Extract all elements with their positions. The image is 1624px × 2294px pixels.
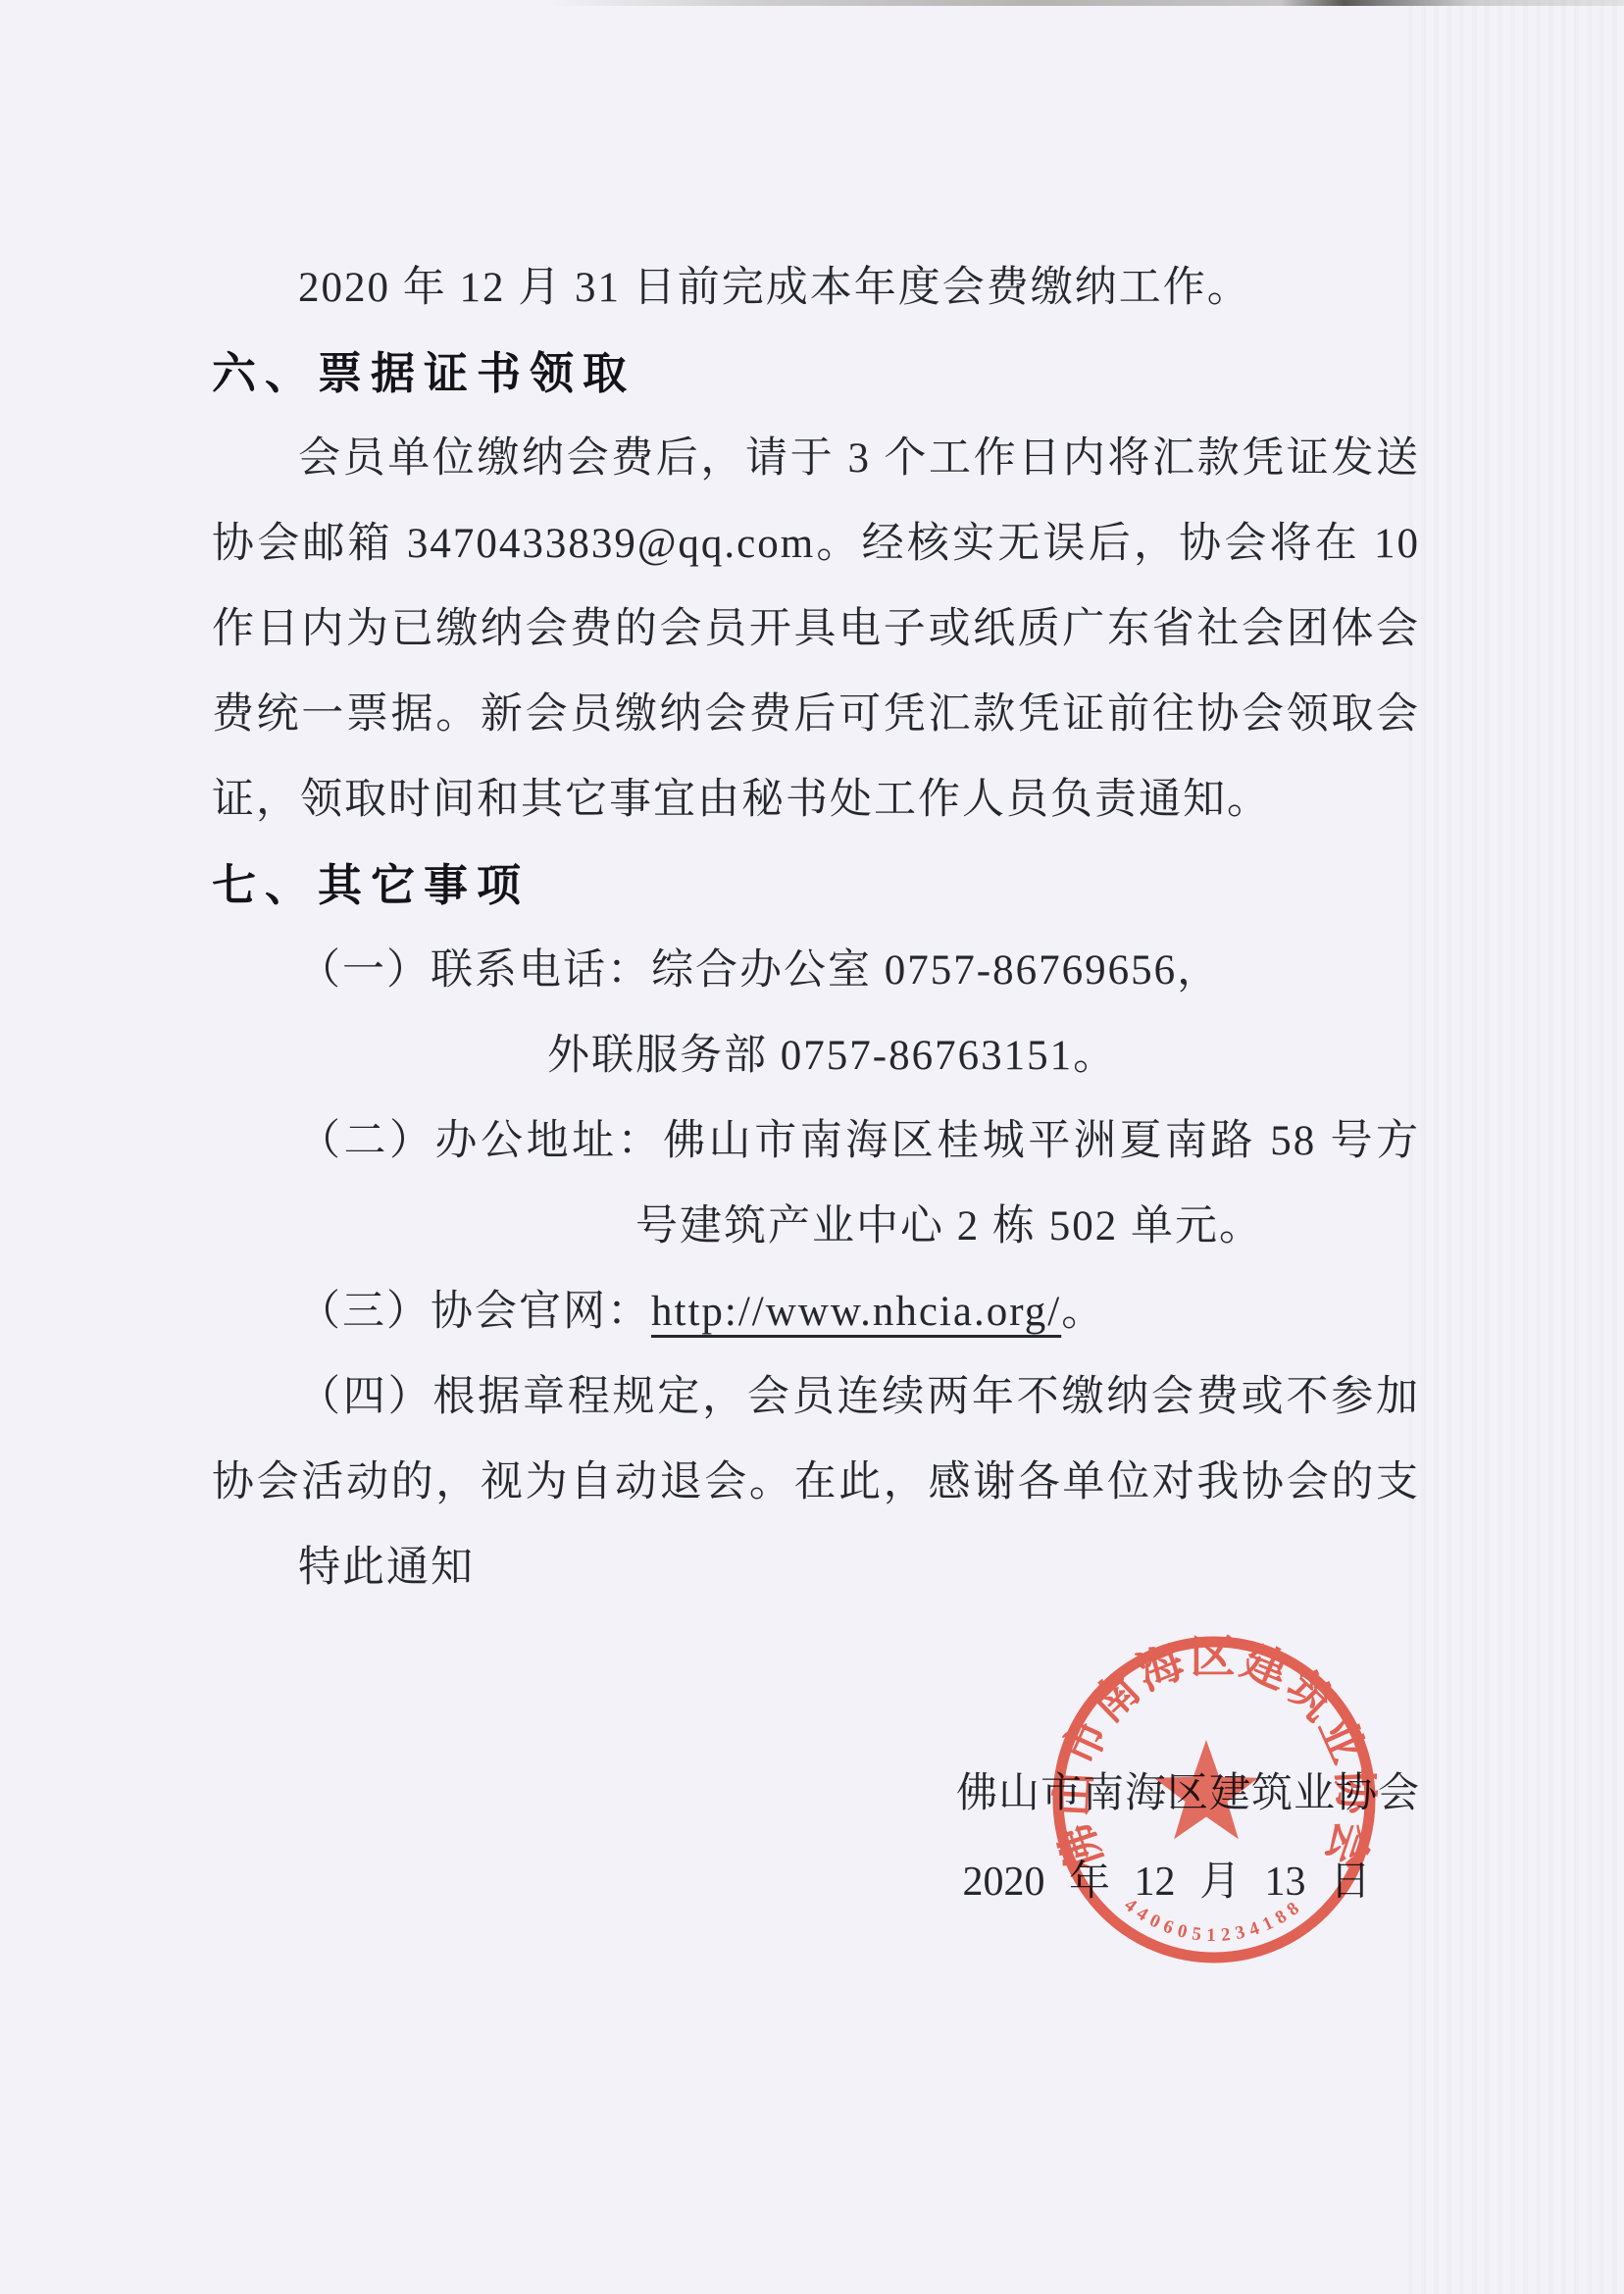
para6-line-4: 费统一票据。新会员缴纳会费后可凭汇款凭证前往协会领取会员 (212, 672, 1420, 757)
scan-artifact-line (549, 0, 1624, 6)
scan-texture-band (1408, 0, 1624, 2294)
para6-line-2: 协会邮箱 3470433839@qq.com。经核实无误后，协会将在 10 个工 (212, 501, 1420, 586)
item-3-website-period: 。 (1061, 1289, 1105, 1335)
para6-line-5: 证，领取时间和其它事宜由秘书处工作人员负责通知。 (212, 757, 1420, 842)
heading-section-6: 六、票据证书领取 (212, 331, 1420, 416)
line-payment-deadline: 2020 年 12 月 31 日前完成本年度会费缴纳工作。 (212, 245, 1420, 331)
item-4-membership-rule: （四）根据章程规定，会员连续两年不缴纳会费或不参加本 (212, 1354, 1420, 1440)
document-page: 2020 年 12 月 31 日前完成本年度会费缴纳工作。 六、票据证书领取 会… (0, 0, 1624, 2294)
official-seal: 佛山市南海区建筑业协会 4406051234188 (1047, 1631, 1381, 1968)
item-2-office-address: （二）办公地址：佛山市南海区桂城平洲夏南路 58 号方舟一 (212, 1098, 1420, 1184)
item-3-website-label: （三）协会官网： (298, 1289, 651, 1335)
website-link[interactable]: http://www.nhcia.org/ (651, 1289, 1061, 1335)
item-4-membership-rule-cont: 协会活动的，视为自动退会。在此，感谢各单位对我协会的支持！ (212, 1440, 1420, 1525)
para6-line-3: 作日内为已缴纳会费的会员开具电子或纸质广东省社会团体会 (212, 586, 1420, 672)
para6-line-1: 会员单位缴纳会费后，请于 3 个工作日内将汇款凭证发送至 (212, 416, 1420, 501)
item-2-office-address-cont: 号建筑产业中心 2 栋 502 单元。 (212, 1184, 1420, 1269)
line-hereby-notice: 特此通知 (212, 1525, 1420, 1610)
seal-star-icon (1154, 1740, 1259, 1839)
item-1-contact-phone-cont: 外联服务部 0757-86763151。 (212, 1013, 1420, 1098)
heading-section-7: 七、其它事项 (212, 842, 1420, 928)
item-3-website: （三）协会官网：http://www.nhcia.org/。 (212, 1269, 1420, 1354)
item-1-contact-phone: （一）联系电话：综合办公室 0757-86769656， (212, 928, 1420, 1013)
seal-ring-text: 佛山市南海区建筑业协会 (1047, 1632, 1381, 1876)
notice-body: 2020 年 12 月 31 日前完成本年度会费缴纳工作。 六、票据证书领取 会… (212, 245, 1420, 1610)
